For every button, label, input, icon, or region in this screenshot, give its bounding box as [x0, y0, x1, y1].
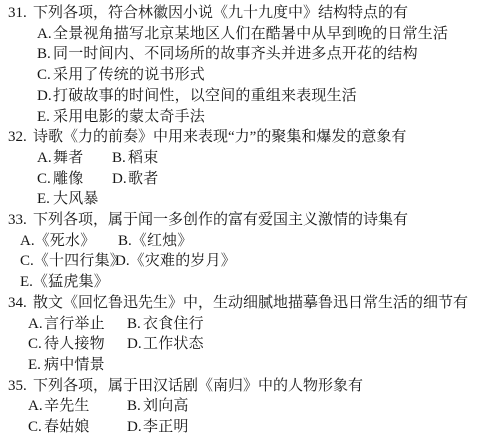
question-stem: 诗歌《力的前奏》中用来表现“力”的聚集和爆发的意象有	[33, 129, 406, 145]
option-d: D.打破故事的时间性，以空间的重组来表现生活	[0, 86, 477, 107]
question-number: 35.	[8, 376, 33, 397]
option-text: 采用电影的蒙太奇手法	[53, 109, 205, 125]
question-stem-line: 34.散文《回忆鲁迅先生》中，生动细腻地描摹鲁迅日常生活的细节有	[0, 293, 477, 314]
option-text: 《灾难的岁月》	[130, 253, 236, 269]
option-label: B.	[112, 148, 128, 169]
option-c: C.采用了传统的说书形式	[0, 65, 477, 86]
option-label: B.	[37, 44, 53, 65]
question-number: 34.	[8, 293, 33, 314]
option-row-cd: C.《十四行集》D.《灾难的岁月》	[0, 251, 477, 272]
option-e: E.病中情景	[0, 355, 477, 376]
option-label: E.	[37, 107, 53, 128]
option-label: C.	[20, 251, 34, 272]
option-label: D.	[127, 417, 143, 438]
question-34: 34.散文《回忆鲁迅先生》中，生动细腻地描摹鲁迅日常生活的细节有 A.言行举止B…	[0, 293, 477, 376]
option-label: B.	[118, 231, 132, 252]
option-c: C.《十四行集》	[20, 251, 115, 272]
option-label: C.	[28, 417, 44, 438]
question-number: 33.	[8, 210, 33, 231]
option-text: 春姑娘	[44, 419, 90, 435]
option-row-cd: C.待人接物D.工作状态	[0, 334, 477, 355]
option-text: 工作状态	[143, 336, 204, 352]
option-row-cd: C.春姑娘D.李正明	[0, 417, 477, 438]
option-b: B.同一时间内、不同场所的故事齐头并进多点开花的结构	[0, 44, 477, 65]
option-c: C.待人接物	[28, 334, 127, 355]
option-a: A.辛先生	[28, 396, 127, 417]
option-text: 采用了传统的说书形式	[53, 67, 205, 83]
option-label: E.	[28, 355, 44, 376]
question-stem-line: 33.下列各项，属于闻一多创作的富有爱国主义激情的诗集有	[0, 210, 477, 231]
option-label: D.	[115, 251, 130, 272]
option-label: A.	[28, 314, 44, 335]
option-row-ab: A.舞者B.稻束	[0, 148, 477, 169]
option-text: 稻束	[128, 150, 158, 166]
option-text: 打破故事的时间性，以空间的重组来表现生活	[53, 88, 357, 104]
question-stem-line: 32.诗歌《力的前奏》中用来表现“力”的聚集和爆发的意象有	[0, 127, 477, 148]
option-a: A.《死水》	[20, 231, 118, 252]
option-label: A.	[37, 24, 53, 45]
option-text: 辛先生	[44, 398, 90, 414]
option-row-ab: A.言行举止B.衣食住行	[0, 314, 477, 335]
option-text: 歌者	[128, 171, 158, 187]
option-a: A.言行举止	[28, 314, 127, 335]
option-c: C.春姑娘	[28, 417, 127, 438]
option-row-ab: A.辛先生B.刘向高	[0, 396, 477, 417]
option-text: 《死水》	[35, 233, 96, 249]
option-label: B.	[127, 314, 143, 335]
option-d: D.李正明	[127, 417, 189, 438]
question-31: 31.下列各项，符合林徽因小说《九十九度中》结构特点的有 A.全景视角描写北京某…	[0, 3, 477, 127]
option-a: A.舞者	[37, 148, 112, 169]
option-c: C.雕像	[37, 169, 112, 190]
option-text: 刘向高	[143, 398, 189, 414]
option-b: B.衣食住行	[127, 314, 204, 335]
question-stem: 下列各项，属于田汉话剧《南归》中的人物形象有	[33, 378, 363, 394]
option-label: B.	[127, 396, 143, 417]
option-label: A.	[37, 148, 53, 169]
option-text: 《十四行集》	[34, 253, 125, 269]
option-label: D.	[112, 169, 128, 190]
option-text: 《猛虎集》	[33, 274, 109, 290]
option-d: D.歌者	[112, 169, 158, 190]
option-b: B.稻束	[112, 148, 158, 169]
option-label: E.	[37, 189, 53, 210]
question-32: 32.诗歌《力的前奏》中用来表现“力”的聚集和爆发的意象有 A.舞者B.稻束 C…	[0, 127, 477, 210]
option-text: 雕像	[53, 171, 83, 187]
option-text: 病中情景	[44, 357, 105, 373]
question-stem: 散文《回忆鲁迅先生》中，生动细腻地描摹鲁迅日常生活的细节有	[33, 295, 468, 311]
option-b: B.《红烛》	[118, 231, 193, 252]
option-label: C.	[37, 169, 53, 190]
option-text: 《红烛》	[132, 233, 193, 249]
option-label: C.	[37, 65, 53, 86]
question-number: 31.	[8, 3, 33, 24]
option-label: C.	[28, 334, 44, 355]
option-text: 言行举止	[44, 316, 105, 332]
question-stem-line: 31.下列各项，符合林徽因小说《九十九度中》结构特点的有	[0, 3, 477, 24]
question-number: 32.	[8, 127, 33, 148]
option-text: 舞者	[53, 150, 83, 166]
option-d: D.工作状态	[127, 334, 204, 355]
option-label: D.	[127, 334, 143, 355]
question-33: 33.下列各项，属于闻一多创作的富有爱国主义激情的诗集有 A.《死水》B.《红烛…	[0, 210, 477, 293]
option-label: A.	[28, 396, 44, 417]
question-35: 35.下列各项，属于田汉话剧《南归》中的人物形象有 A.辛先生B.刘向高 C.春…	[0, 376, 477, 438]
question-stem: 下列各项，符合林徽因小说《九十九度中》结构特点的有	[33, 5, 408, 21]
option-label: A.	[20, 231, 35, 252]
question-stem: 下列各项，属于闻一多创作的富有爱国主义激情的诗集有	[33, 212, 408, 228]
option-d: D.《灾难的岁月》	[115, 251, 236, 272]
question-stem-line: 35.下列各项，属于田汉话剧《南归》中的人物形象有	[0, 376, 477, 397]
option-label: E.	[20, 272, 33, 293]
option-a: A.全景视角描写北京某地区人们在酷暑中从早到晚的日常生活	[0, 24, 477, 45]
option-text: 大风暴	[53, 191, 99, 207]
option-text: 同一时间内、不同场所的故事齐头并进多点开花的结构	[53, 46, 418, 62]
option-e: E.《猛虎集》	[0, 272, 477, 293]
option-label: D.	[37, 86, 53, 107]
option-row-cd: C.雕像D.歌者	[0, 169, 477, 190]
option-row-ab: A.《死水》B.《红烛》	[0, 231, 477, 252]
option-text: 李正明	[143, 419, 189, 435]
option-e: E.大风暴	[0, 189, 477, 210]
option-e: E.采用电影的蒙太奇手法	[0, 107, 477, 128]
option-b: B.刘向高	[127, 396, 189, 417]
option-text: 衣食住行	[143, 316, 204, 332]
exam-page: 31.下列各项，符合林徽因小说《九十九度中》结构特点的有 A.全景视角描写北京某…	[0, 0, 477, 438]
option-text: 全景视角描写北京某地区人们在酷暑中从早到晚的日常生活	[53, 26, 448, 42]
option-text: 待人接物	[44, 336, 105, 352]
